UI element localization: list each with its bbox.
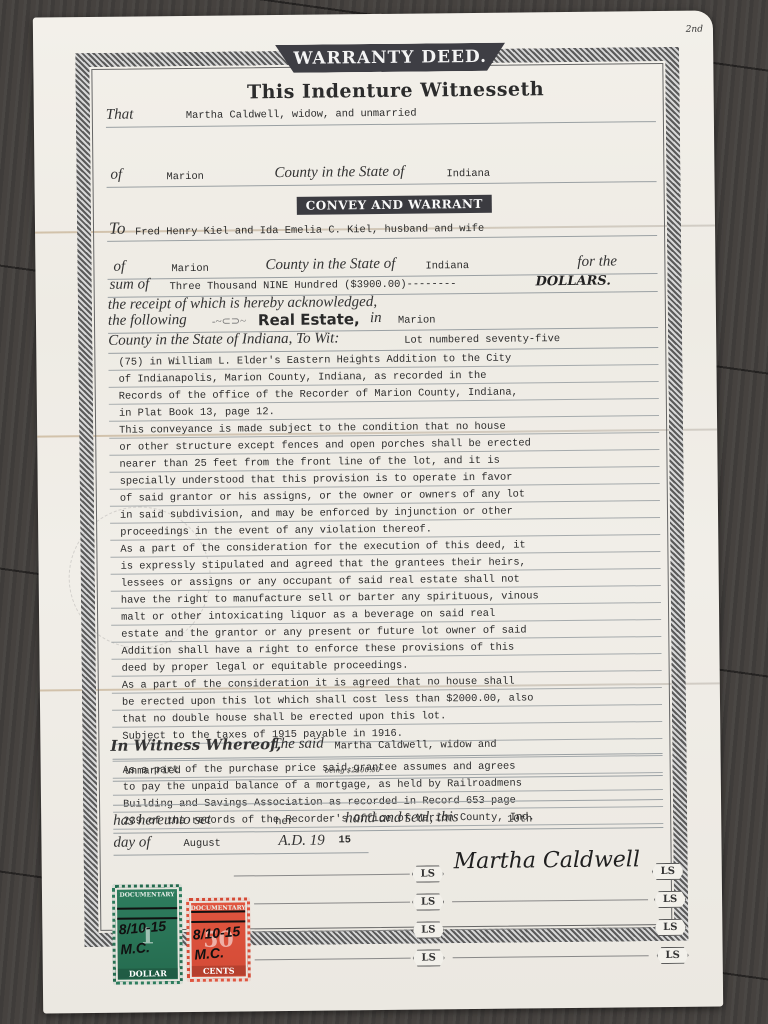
year-value: 15 (338, 834, 351, 846)
sum-of-label: sum of (110, 276, 150, 293)
stamp-cancel-mark: 8/10-15 M.C. (118, 916, 169, 960)
county-indiana-label: County in the State of Indiana, To Wit: (108, 330, 339, 349)
witness-label: In Witness Whereof, (110, 735, 281, 755)
seal-ls: LS (412, 893, 444, 910)
cancel-line (191, 910, 245, 913)
county-state-label: County in the State of (265, 256, 395, 274)
stamp-cancel-mark: 8/10-15 M.C. (192, 921, 243, 965)
grantor-county-row: of Marion County in the State of Indiana (106, 161, 656, 188)
for-the-label: for the (577, 253, 617, 270)
that-label: That (106, 107, 134, 124)
convey-warrant-banner: CONVEY AND WARRANT (297, 195, 492, 215)
warranty-deed-banner: WARRANTY DEED. (275, 43, 505, 73)
in-label: in (370, 310, 382, 327)
grantee-state: Indiana (425, 260, 469, 272)
indenture-title: This Indenture Witnesseth (215, 78, 575, 104)
of-label: of (110, 167, 122, 184)
following-label: the following (108, 312, 187, 330)
grantee-county: Marion (171, 263, 209, 275)
seal-ls: LS (413, 949, 445, 966)
grantee-name: Fred Henry Kiel and Ida Emelia C. Kiel, … (135, 223, 484, 239)
hand-seal-row: has hereunto set her hand and seal, this… (113, 807, 663, 834)
seal-ls: LS (412, 921, 444, 938)
warranty-deed-paper: 2nd WARRANTY DEED. This Indenture Witnes… (33, 10, 723, 1013)
revenue-stamp-fifty-cents: DOCUMENTARY 50 8/10-15 M.C. CENTS (186, 897, 251, 982)
sum-row: sum of Three Thousand NINE Hundred ($390… (108, 271, 658, 298)
flourish-ornament: -~⊂⊃~ (212, 314, 246, 327)
signature-line (234, 874, 410, 877)
day-of-label: day of (113, 834, 150, 851)
the-said-label: The said (272, 736, 323, 754)
seal-ls: LS (657, 947, 689, 964)
deed-content: WARRANTY DEED. This Indenture Witnesseth… (105, 41, 664, 933)
signature-line (453, 955, 649, 958)
dollars-label: DOLLARS. (536, 274, 611, 290)
seal-ls: LS (652, 863, 684, 880)
hand-seal-label: hand and seal, this (345, 809, 459, 827)
lot-intro: Lot numbered seventy-five (404, 333, 560, 347)
of-label: of (113, 259, 125, 276)
seal-ls: LS (412, 865, 444, 882)
grantor-county: Marion (166, 171, 204, 183)
estate-county: Marion (398, 314, 436, 326)
to-label: To (109, 219, 126, 239)
grantor-row: That Martha Caldwell, widow, and unmarri… (106, 101, 656, 128)
date-row: day of August A.D. 19 15 (113, 832, 368, 856)
grantor-signature: Martha Caldwell (454, 847, 641, 874)
pronoun: her (275, 816, 294, 828)
grantor-name: Martha Caldwell, widow, and unmarried (186, 108, 417, 122)
signature-line (255, 958, 411, 961)
sum-amount: Three Thousand NINE Hundred ($3900.00)--… (170, 278, 457, 293)
day-value: 10th (507, 813, 532, 825)
witness-name: Martha Caldwell, widow and (334, 739, 496, 753)
cancel-line (117, 907, 177, 910)
revenue-stamp-one-dollar: DOCUMENTARY 1 8/10-15 M.C. DOLLAR (112, 884, 183, 985)
signature-line (452, 899, 648, 902)
county-state-label: County in the State of (274, 164, 404, 182)
real-estate-label: Real Estate, (258, 310, 360, 329)
grantee-row: To Fred Henry Kiel and Ida Emelia C. Kie… (107, 215, 657, 242)
grantor-state: Indiana (446, 168, 490, 180)
corner-note: 2nd (686, 25, 703, 35)
seal-ls: LS (654, 891, 686, 908)
ad-label: A.D. 19 (278, 833, 324, 850)
signature-line (254, 902, 410, 905)
month-value: August (183, 838, 221, 850)
seal-ls: LS (654, 919, 686, 936)
witness-name-cont: unmarried (125, 765, 181, 778)
has-hereunto-label: has hereunto set (113, 812, 211, 830)
